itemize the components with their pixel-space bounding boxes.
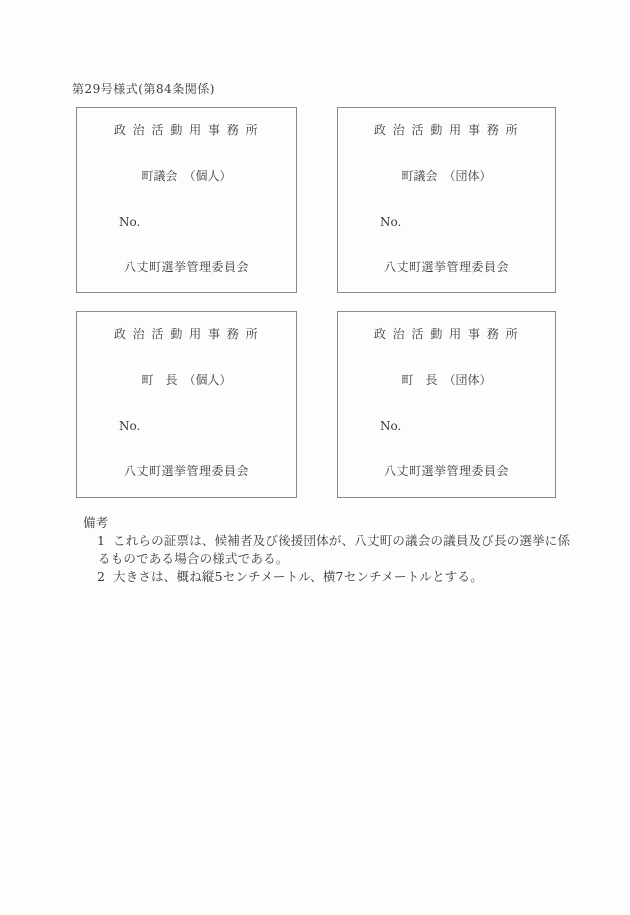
remark-item-2-text-line-1: 大きさは、概ね縦5センチメートル、横7センチメートルとする。 [113, 569, 483, 584]
card-issuer-label: 八丈町選挙管理委員会 [77, 260, 296, 274]
card-header-label: 政 治 活 動 用 事 務 所 [338, 123, 555, 137]
card-subject-label: 町議会 （個人） [77, 169, 296, 183]
certificate-card-council-individual: 政 治 活 動 用 事 務 所 町議会 （個人） No. 八丈町選挙管理委員会 [76, 107, 297, 293]
certificate-card-mayor-individual: 政 治 活 動 用 事 務 所 町 長 （個人） No. 八丈町選挙管理委員会 [76, 311, 297, 498]
card-header-label: 政 治 活 動 用 事 務 所 [77, 123, 296, 137]
card-subject-label: 町議会 （団体） [338, 169, 555, 183]
document-page: 第29号様式(第84条関係) 政 治 活 動 用 事 務 所 町議会 （個人） … [0, 0, 630, 915]
card-number-label: No. [119, 215, 140, 229]
remark-item-1-text-line-2: るものである場合の様式である。 [83, 550, 583, 568]
card-issuer-label: 八丈町選挙管理委員会 [338, 464, 555, 478]
remark-item-1-text-line-1: これらの証票は、候補者及び後援団体が、八丈町の議会の議員及び長の選挙に係 [113, 533, 570, 548]
card-header-label: 政 治 活 動 用 事 務 所 [338, 327, 555, 341]
card-number-label: No. [380, 419, 401, 433]
certificate-card-mayor-group: 政 治 活 動 用 事 務 所 町 長 （団体） No. 八丈町選挙管理委員会 [337, 311, 556, 498]
card-header-label: 政 治 活 動 用 事 務 所 [77, 327, 296, 341]
remarks-heading: 備考 [83, 514, 583, 532]
card-number-label: No. [119, 419, 140, 433]
card-issuer-label: 八丈町選挙管理委員会 [77, 464, 296, 478]
certificate-card-council-group: 政 治 活 動 用 事 務 所 町議会 （団体） No. 八丈町選挙管理委員会 [337, 107, 556, 293]
card-number-label: No. [380, 215, 401, 229]
remark-item-2: 2大きさは、概ね縦5センチメートル、横7センチメートルとする。 [83, 568, 583, 586]
remarks-section: 備考 1これらの証票は、候補者及び後援団体が、八丈町の議会の議員及び長の選挙に係… [83, 514, 583, 586]
form-title: 第29号様式(第84条関係) [72, 82, 215, 97]
card-subject-label: 町 長 （団体） [338, 373, 555, 387]
remark-item-1: 1これらの証票は、候補者及び後援団体が、八丈町の議会の議員及び長の選挙に係 [83, 532, 583, 550]
remark-item-2-number: 2 [97, 568, 113, 586]
card-issuer-label: 八丈町選挙管理委員会 [338, 260, 555, 274]
remark-item-1-number: 1 [97, 532, 113, 550]
card-subject-label: 町 長 （個人） [77, 373, 296, 387]
